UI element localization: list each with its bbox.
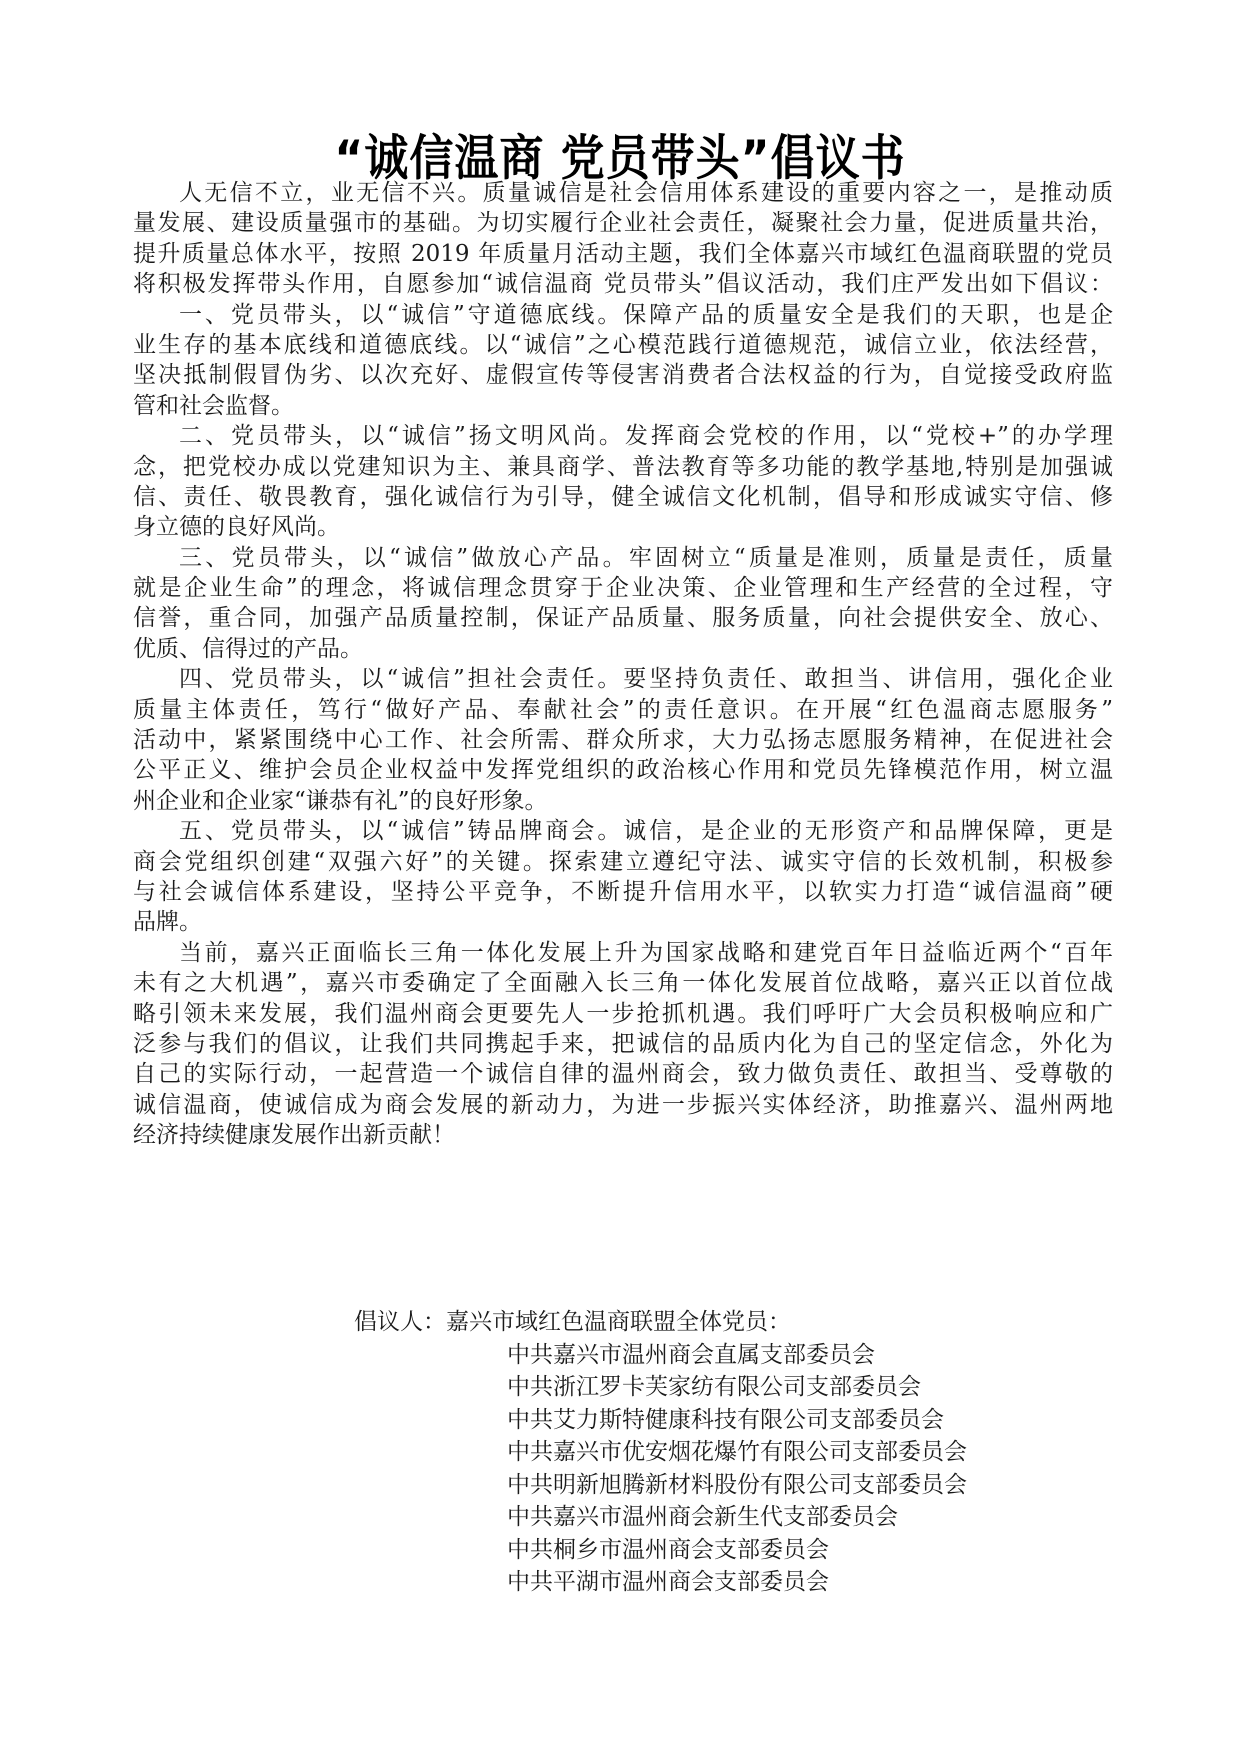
paragraph-item-2: 二、党员带头，以“诚信”扬文明风尚。发挥商会党校的作用，以“党校+”的办学理 念…: [133, 421, 1113, 543]
text-line: 身立德的良好风尚。: [133, 512, 1113, 542]
signature-block: 倡议人：嘉兴市域红色温商联盟全体党员： 中共嘉兴市温州商会直属支部委员会 中共浙…: [354, 1306, 967, 1599]
text-line: 未有之大机遇”，嘉兴市委确定了全面融入长三角一体化发展首位战略，嘉兴正以首位战: [133, 968, 1113, 998]
text-line: 诚信温商，使诚信成为商会发展的新动力，为进一步振兴实体经济，助推嘉兴、温州两地: [133, 1090, 1113, 1120]
text-line: 量发展、建设质量强市的基础。为切实履行企业社会责任，凝聚社会力量，促进质量共治，: [133, 208, 1113, 238]
paragraph-closing: 当前，嘉兴正面临长三角一体化发展上升为国家战略和建党百年日益临近两个“百年 未有…: [133, 938, 1113, 1151]
text-line: 当前，嘉兴正面临长三角一体化发展上升为国家战略和建党百年日益临近两个“百年: [133, 938, 1113, 968]
text-line: 商会党组织创建“双强六好”的关键。探索建立遵纪守法、诚实守信的长效机制，积极参: [133, 847, 1113, 877]
text-line: 品牌。: [133, 907, 1113, 937]
signatory: 中共嘉兴市温州商会直属支部委员会: [507, 1339, 967, 1372]
signatory-list: 中共嘉兴市温州商会直属支部委员会 中共浙江罗卡芙家纺有限公司支部委员会 中共艾力…: [354, 1339, 967, 1599]
text-line: 与社会诚信体系建设，坚持公平竞争，不断提升信用水平，以软实力打造“诚信温商”硬: [133, 877, 1113, 907]
text-line: 泛参与我们的倡议，让我们共同携起手来，把诚信的品质内化为自己的坚定信念，外化为: [133, 1029, 1113, 1059]
paragraph-item-1: 一、党员带头，以“诚信”守道德底线。保障产品的质量安全是我们的天职，也是企 业生…: [133, 300, 1113, 422]
text-line: 念，把党校办成以党建知识为主、兼具商学、普法教育等多功能的教学基地,特别是加强诚: [133, 452, 1113, 482]
text-line: 自己的实际行动，一起营造一个诚信自律的温州商会，致力做负责任、敢担当、受尊敬的: [133, 1059, 1113, 1089]
signatory: 中共嘉兴市温州商会新生代支部委员会: [507, 1501, 967, 1534]
signatory: 中共平湖市温州商会支部委员会: [507, 1566, 967, 1599]
signature-heading: 倡议人：嘉兴市域红色温商联盟全体党员：: [354, 1306, 967, 1339]
signatory: 中共艾力斯特健康科技有限公司支部委员会: [507, 1404, 967, 1437]
text-line: 公平正义、维护会员企业权益中发挥党组织的政治核心作用和党员先锋模范作用，树立温: [133, 755, 1113, 785]
signatory: 中共桐乡市温州商会支部委员会: [507, 1534, 967, 1567]
signatory: 中共浙江罗卡芙家纺有限公司支部委员会: [507, 1371, 967, 1404]
text-line: 州企业和企业家“谦恭有礼”的良好形象。: [133, 786, 1113, 816]
signatory: 中共嘉兴市优安烟花爆竹有限公司支部委员会: [507, 1436, 967, 1469]
document-page: “诚信温商 党员带头”倡议书 人无信不立，业无信不兴。质量诚信是社会信用体系建设…: [0, 0, 1240, 1754]
text-line: 一、党员带头，以“诚信”守道德底线。保障产品的质量安全是我们的天职，也是企: [133, 300, 1113, 330]
text-line: 就是企业生命”的理念，将诚信理念贯穿于企业决策、企业管理和生产经营的全过程，守: [133, 573, 1113, 603]
text-line: 提升质量总体水平，按照 2019 年质量月活动主题，我们全体嘉兴市域红色温商联盟…: [133, 239, 1113, 269]
signatory: 中共明新旭腾新材料股份有限公司支部委员会: [507, 1469, 967, 1502]
text-line: 五、党员带头，以“诚信”铸品牌商会。诚信，是企业的无形资产和品牌保障，更是: [133, 816, 1113, 846]
text-line: 信誉，重合同，加强产品质量控制，保证产品质量、服务质量，向社会提供安全、放心、: [133, 603, 1113, 633]
text-line: 略引领未来发展，我们温州商会更要先人一步抢抓机遇。我们呼吁广大会员积极响应和广: [133, 999, 1113, 1029]
paragraph-item-3: 三、党员带头，以“诚信”做放心产品。牢固树立“质量是准则，质量是责任，质量 就是…: [133, 543, 1113, 665]
paragraph-item-5: 五、党员带头，以“诚信”铸品牌商会。诚信，是企业的无形资产和品牌保障，更是 商会…: [133, 816, 1113, 938]
text-line: 优质、信得过的产品。: [133, 634, 1113, 664]
text-line: 将积极发挥带头作用，自愿参加“诚信温商 党员带头”倡议活动，我们庄严发出如下倡议…: [133, 269, 1113, 299]
text-line: 四、党员带头，以“诚信”担社会责任。要坚持负责任、敢担当、讲信用，强化企业: [133, 664, 1113, 694]
text-line: 二、党员带头，以“诚信”扬文明风尚。发挥商会党校的作用，以“党校+”的办学理: [133, 421, 1113, 451]
text-line: 信、责任、敬畏教育，强化诚信行为引导，健全诚信文化机制，倡导和形成诚实守信、修: [133, 482, 1113, 512]
paragraph-intro: 人无信不立，业无信不兴。质量诚信是社会信用体系建设的重要内容之一，是推动质 量发…: [133, 178, 1113, 300]
text-line: 三、党员带头，以“诚信”做放心产品。牢固树立“质量是准则，质量是责任，质量: [133, 543, 1113, 573]
text-line: 管和社会监督。: [133, 391, 1113, 421]
text-line: 活动中，紧紧围绕中心工作、社会所需、群众所求，大力弘扬志愿服务精神，在促进社会: [133, 725, 1113, 755]
text-line: 经济持续健康发展作出新贡献！: [133, 1120, 1113, 1150]
text-line: 业生存的基本底线和道德底线。以“诚信”之心模范践行道德规范，诚信立业，依法经营，: [133, 330, 1113, 360]
text-line: 坚决抵制假冒伪劣、以次充好、虚假宣传等侵害消费者合法权益的行为，自觉接受政府监: [133, 360, 1113, 390]
text-line: 质量主体责任，笃行“做好产品、奉献社会”的责任意识。在开展“红色温商志愿服务”: [133, 695, 1113, 725]
paragraph-item-4: 四、党员带头，以“诚信”担社会责任。要坚持负责任、敢担当、讲信用，强化企业 质量…: [133, 664, 1113, 816]
document-body: 人无信不立，业无信不兴。质量诚信是社会信用体系建设的重要内容之一，是推动质 量发…: [133, 178, 1113, 1151]
text-line: 人无信不立，业无信不兴。质量诚信是社会信用体系建设的重要内容之一，是推动质: [133, 178, 1113, 208]
